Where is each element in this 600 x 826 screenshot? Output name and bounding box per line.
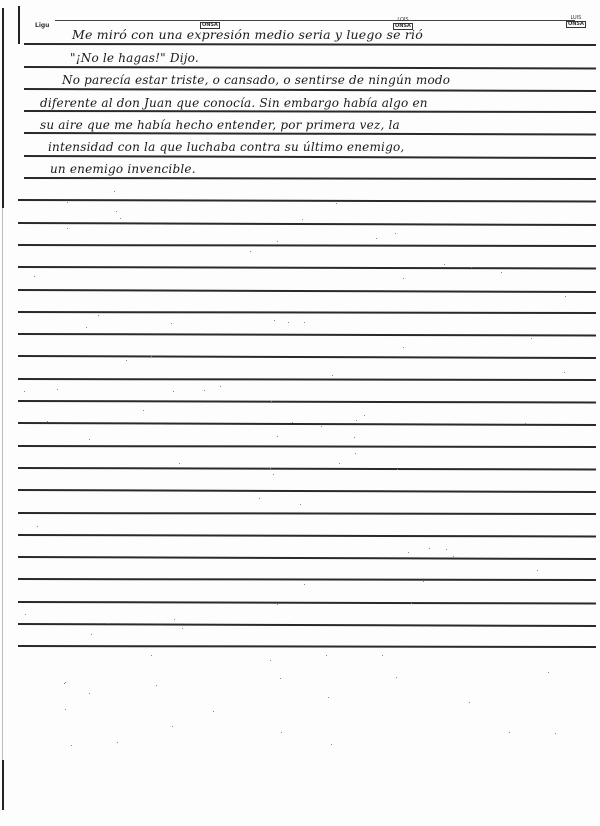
scan-speck <box>151 655 152 656</box>
scan-speck <box>446 549 447 550</box>
scan-speck <box>179 463 180 464</box>
scan-speck <box>395 233 396 234</box>
scan-speck <box>302 219 303 220</box>
scan-speck <box>86 327 87 328</box>
scan-speck <box>331 744 332 745</box>
scan-speck <box>34 276 35 277</box>
scan-speck <box>65 709 66 710</box>
scan-speck <box>339 463 340 464</box>
scan-speck <box>213 711 214 712</box>
scan-speck <box>396 677 397 678</box>
ruled-line <box>18 467 596 470</box>
scan-speck <box>356 420 357 421</box>
scan-speck <box>172 726 173 727</box>
scan-speck <box>444 264 445 265</box>
scan-speck <box>65 682 66 683</box>
ruled-line <box>18 244 596 247</box>
scan-speck <box>271 401 272 402</box>
scan-speck <box>453 556 454 557</box>
page-edge <box>2 760 4 810</box>
ruled-line <box>18 222 596 226</box>
scan-speck <box>57 389 58 390</box>
ruled-line <box>18 489 596 493</box>
scan-speck <box>273 474 274 475</box>
scan-speck <box>525 423 526 424</box>
ruled-line <box>18 534 596 537</box>
handwritten-line: diferente al don Juan que conocía. Sin e… <box>0 96 600 116</box>
scan-speck <box>47 421 48 422</box>
scan-speck <box>259 498 260 499</box>
ruled-line <box>18 512 596 515</box>
scan-speck <box>37 526 38 527</box>
scan-speck <box>143 410 144 411</box>
ruled-line <box>18 333 596 336</box>
scan-speck <box>292 422 293 423</box>
scan-speck <box>116 211 117 212</box>
scan-speck <box>174 619 175 620</box>
scan-speck <box>277 241 278 242</box>
page-edge <box>2 208 3 760</box>
scan-speck <box>25 614 26 615</box>
scan-speck <box>354 437 355 438</box>
scan-speck <box>501 272 502 273</box>
scan-speck <box>328 697 329 698</box>
scan-speck <box>403 347 404 348</box>
scan-speck <box>423 581 424 582</box>
scan-speck <box>120 218 121 219</box>
scan-speck <box>304 584 305 585</box>
scan-speck <box>250 251 251 252</box>
scan-speck <box>71 745 72 746</box>
scan-speck <box>321 426 322 427</box>
ruled-line <box>18 199 596 202</box>
scan-speck <box>280 678 281 679</box>
scan-speck <box>64 683 65 684</box>
scan-speck <box>355 453 356 454</box>
scan-speck <box>376 238 377 239</box>
scan-speck <box>537 570 538 571</box>
scan-speck <box>173 391 174 392</box>
scan-speck <box>126 360 127 361</box>
scan-speck <box>408 552 409 553</box>
top-rule <box>55 20 575 21</box>
scan-speck <box>67 228 68 229</box>
scan-speck <box>182 628 183 629</box>
scan-speck <box>403 278 404 279</box>
ruled-line <box>18 556 596 560</box>
scan-speck <box>471 267 472 268</box>
scan-speck <box>204 390 205 391</box>
scan-speck <box>171 323 172 324</box>
ruled-line <box>18 311 596 314</box>
scan-speck <box>469 702 470 703</box>
scan-speck <box>336 203 337 204</box>
scan-speck <box>429 548 430 549</box>
ruled-line <box>18 400 596 403</box>
scan-speck <box>270 660 271 661</box>
ruled-line <box>18 445 596 448</box>
ruled-line <box>18 378 596 381</box>
scan-speck <box>98 315 99 316</box>
handwritten-line: su aire que me había hecho entender, por… <box>0 118 600 138</box>
scan-speck <box>91 634 92 635</box>
ruled-line <box>18 289 596 293</box>
scan-speck <box>332 375 333 376</box>
ruled-line <box>18 266 596 269</box>
scan-speck <box>288 322 289 323</box>
scan-speck <box>67 202 68 203</box>
scan-speck <box>274 320 275 321</box>
ruled-line <box>18 355 596 359</box>
scan-speck <box>220 386 221 387</box>
ruled-line <box>18 601 596 604</box>
ruled-line <box>18 422 596 426</box>
scan-speck <box>364 415 365 416</box>
scan-speck <box>281 732 282 733</box>
scan-speck <box>531 338 532 339</box>
scan-speck <box>114 191 115 192</box>
notebook-page: Ligu ONSA LOIS ONSA LUIS ONSA Me miró co… <box>0 0 600 826</box>
scan-speck <box>509 732 510 733</box>
scan-speck <box>270 468 271 469</box>
scan-speck <box>89 439 90 440</box>
scan-speck <box>555 733 556 734</box>
scan-speck <box>382 655 383 656</box>
scan-speck <box>24 391 25 392</box>
scan-speck <box>411 603 412 604</box>
scan-speck <box>156 685 157 686</box>
ruled-line <box>18 578 596 581</box>
scan-speck <box>326 655 327 656</box>
scan-speck <box>151 356 152 357</box>
scan-speck <box>89 693 90 694</box>
ruled-line <box>18 645 596 648</box>
ruled-line <box>18 623 596 627</box>
scan-speck <box>564 372 565 373</box>
scan-speck <box>565 296 566 297</box>
scan-speck <box>108 623 109 624</box>
scan-speck <box>300 504 301 505</box>
scan-speck <box>548 672 549 673</box>
scan-speck <box>277 604 278 605</box>
scan-speck <box>117 742 118 743</box>
scan-speck <box>304 322 305 323</box>
scan-speck <box>277 436 278 437</box>
scan-speck <box>397 469 398 470</box>
